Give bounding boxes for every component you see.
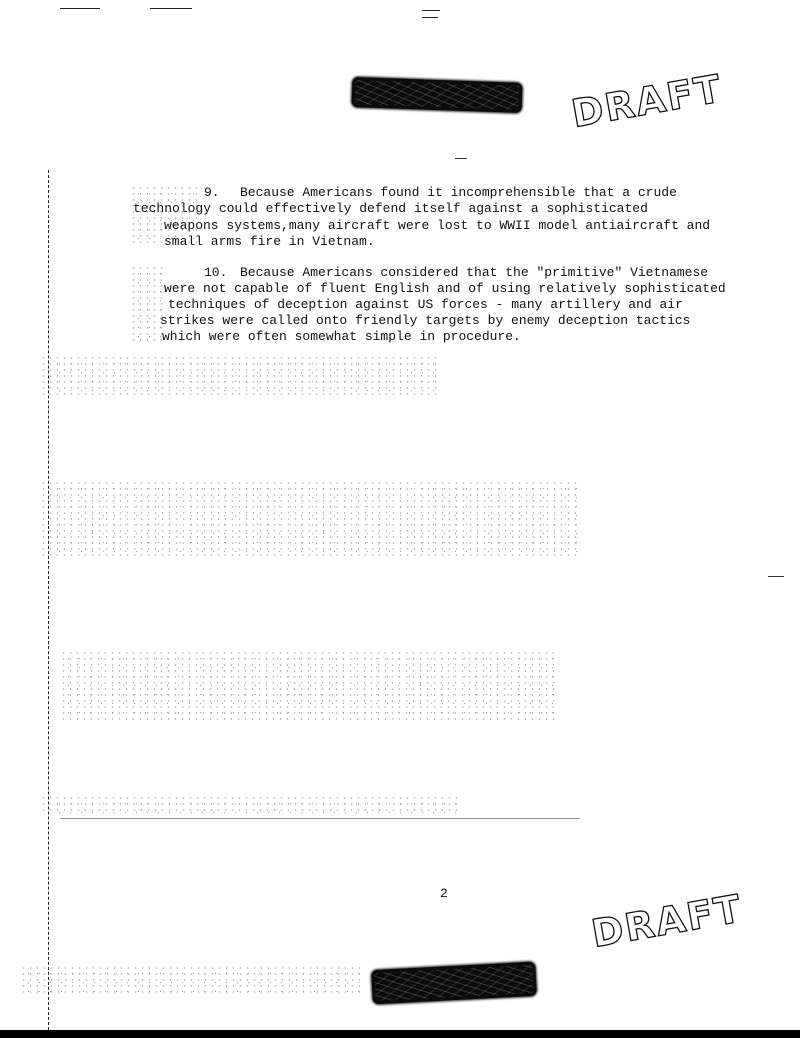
paragraph-10: 10. Because Americans considered that th…: [0, 0, 800, 128]
faint-rule: [60, 818, 580, 819]
erased-text-region: [60, 650, 560, 720]
paragraph-number: 9.: [204, 185, 220, 201]
scan-artifact: [768, 576, 784, 577]
paragraph-line: strikes were called onto friendly target…: [160, 313, 691, 329]
paragraph-line: Because Americans found it incomprehensi…: [240, 185, 677, 201]
redaction-block-bottom: [371, 962, 537, 1005]
binding-margin: [48, 170, 49, 1030]
paragraph-line: weapons systems,many aircraft were lost …: [164, 218, 710, 234]
paragraph-line: which were often somewhat simple in proc…: [162, 329, 521, 345]
erased-text-region: [20, 965, 360, 995]
paragraph-line: technology could effectively defend itse…: [133, 201, 648, 217]
paragraph-number: 10.: [204, 265, 227, 281]
erased-text-region: [40, 795, 460, 815]
erased-text-region: [130, 185, 200, 247]
paragraph-line: were not capable of fluent English and o…: [164, 281, 726, 297]
paragraph-line: Because Americans considered that the "p…: [240, 265, 708, 281]
erased-text-region: [130, 265, 164, 345]
paragraph-line: techniques of deception against US force…: [168, 297, 683, 313]
erased-text-region: [40, 480, 580, 560]
document-page: DRAFT 9. Because Americans found it inco…: [0, 0, 800, 1038]
scan-artifact: [455, 158, 467, 159]
page-number: 2: [440, 886, 448, 901]
erased-text-region: [40, 355, 440, 395]
draft-stamp-bottom: DRAFT: [588, 886, 745, 956]
scan-edge: [0, 1030, 800, 1038]
